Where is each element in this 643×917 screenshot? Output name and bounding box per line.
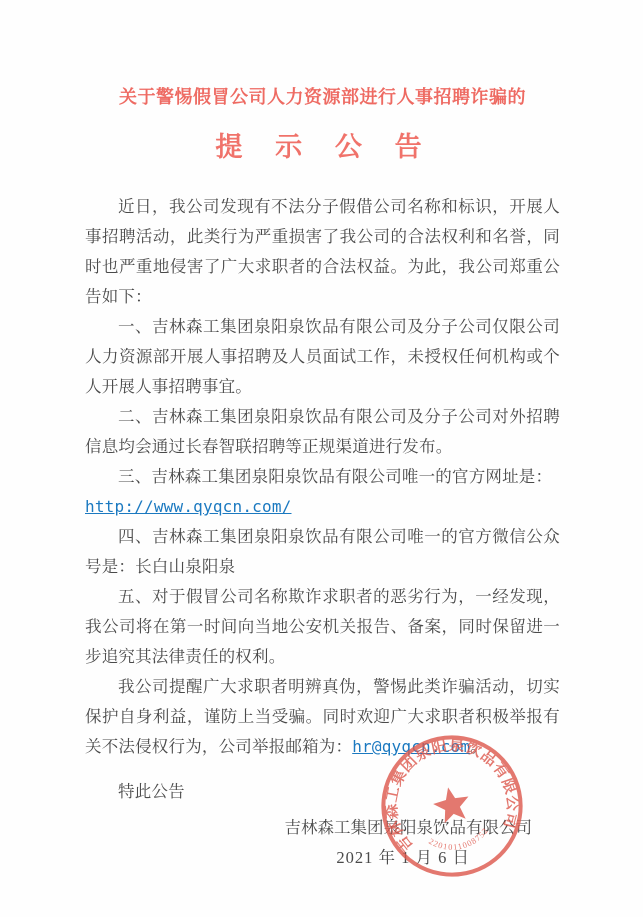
notice-date: 2021 年 1 月 6 日 (85, 843, 560, 873)
document-content: 关于警惕假冒公司人力资源部进行人事招聘诈骗的 提 示 公 告 近日，我公司发现有… (85, 0, 560, 873)
reminder-paragraph: 我公司提醒广大求职者明辨真伪，警惕此类诈骗活动，切实保护自身利益，谨防上当受骗。… (85, 672, 560, 762)
reminder-suffix: 。 (470, 737, 487, 756)
website-link[interactable]: http://www.qyqcn.com/ (85, 497, 292, 516)
document-subtitle: 提 示 公 告 (85, 131, 560, 163)
document-body: 近日，我公司发现有不法分子假借公司名称和标识，开展人事招聘活动，此类行为严重损害… (85, 192, 560, 807)
website-line: http://www.qyqcn.com/ (85, 492, 560, 522)
email-link[interactable]: hr@qyqcn.com (352, 737, 470, 756)
intro-paragraph: 近日，我公司发现有不法分子假借公司名称和标识，开展人事招聘活动，此类行为严重损害… (85, 192, 560, 312)
notice-item-4: 四、吉林森工集团泉阳泉饮品有限公司唯一的官方微信公众号是：长白山泉阳泉 (85, 522, 560, 582)
notice-item-5: 五、对于假冒公司名称欺诈求职者的恶劣行为，一经发现，我公司将在第一时间向当地公安… (85, 582, 560, 672)
closing-statement: 特此公告 (85, 777, 560, 807)
document-title: 关于警惕假冒公司人力资源部进行人事招聘诈骗的 (85, 86, 560, 108)
reminder-text: 我公司提醒广大求职者明辨真伪，警惕此类诈骗活动，切实保护自身利益，谨防上当受骗。… (85, 677, 560, 756)
company-signature: 吉林森工集团泉阳泉饮品有限公司 (85, 813, 560, 843)
notice-item-3: 三、吉林森工集团泉阳泉饮品有限公司唯一的官方网址是： (85, 462, 560, 492)
notice-document-page: 关于警惕假冒公司人力资源部进行人事招聘诈骗的 提 示 公 告 近日，我公司发现有… (0, 0, 643, 917)
notice-item-1: 一、吉林森工集团泉阳泉饮品有限公司及分子公司仅限公司人力资源部开展人事招聘及人员… (85, 312, 560, 402)
notice-item-2: 二、吉林森工集团泉阳泉饮品有限公司及分子公司对外招聘信息均会通过长春智联招聘等正… (85, 402, 560, 462)
